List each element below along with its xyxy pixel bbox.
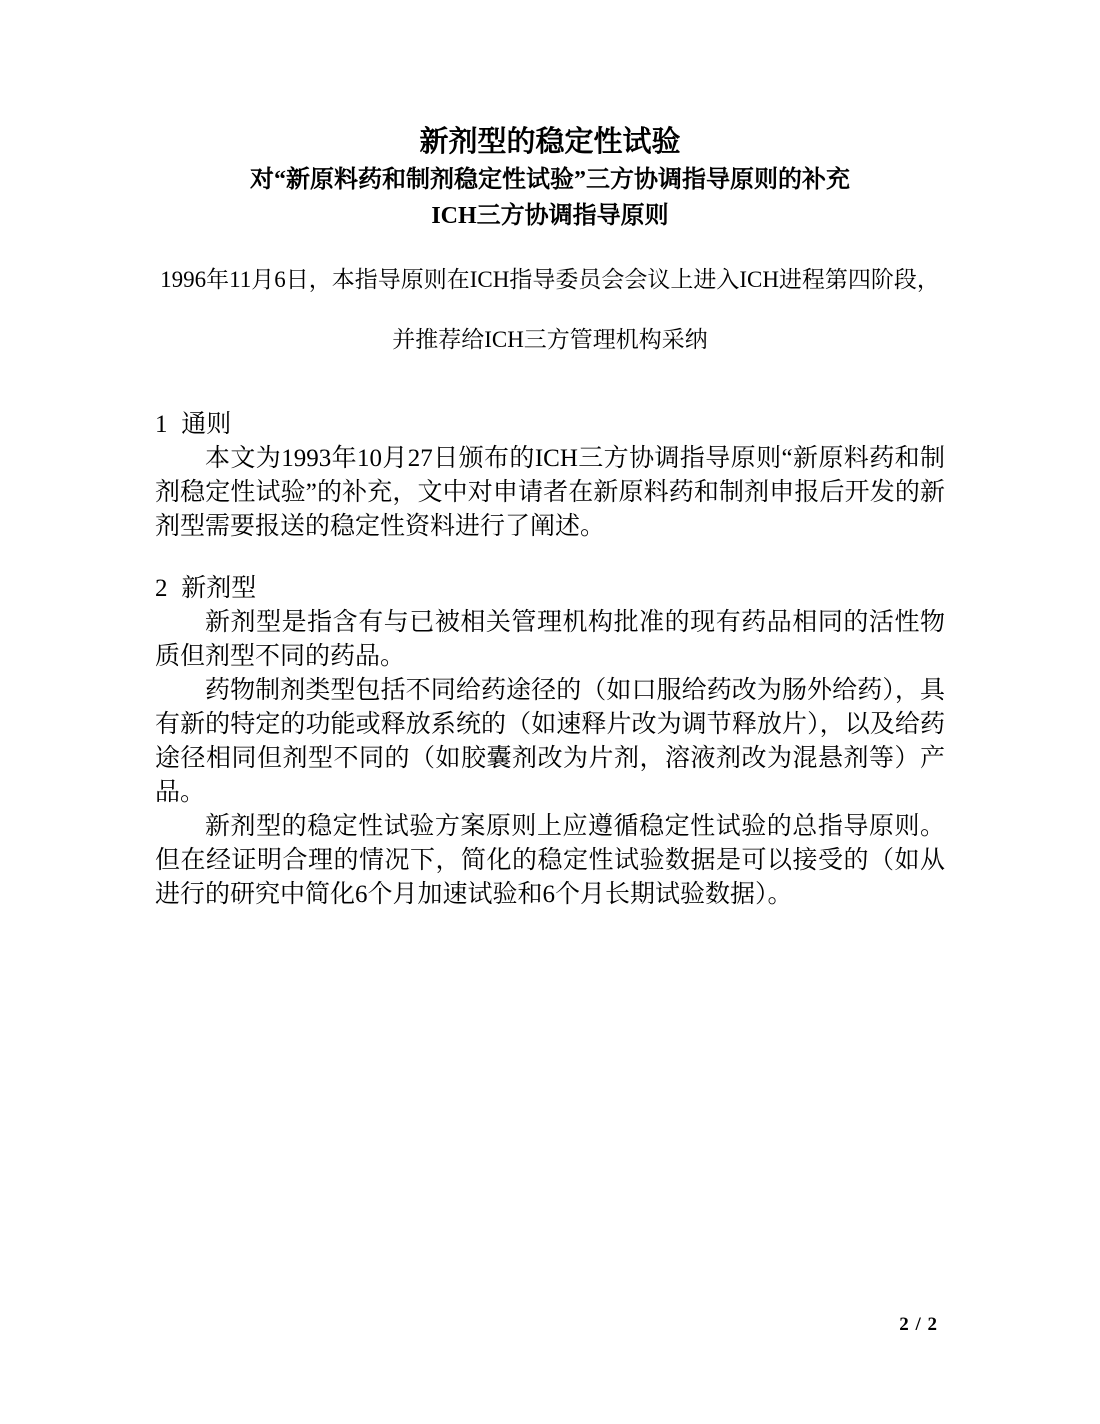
section-1-number: 1 <box>155 408 168 442</box>
section-1-title: 通则 <box>181 411 231 438</box>
adoption-note-line1: 1996年11月6日，本指导原则在ICH指导委员会会议上进入ICH进程第四阶段， <box>155 262 945 298</box>
section-2-title: 新剂型 <box>181 575 256 602</box>
document-title: 新剂型的稳定性试验 <box>155 122 945 162</box>
section-2-heading: 2新剂型 <box>155 572 945 606</box>
paragraph: 新剂型是指含有与已被相关管理机构批准的现有药品相同的活性物质但剂型不同的药品。 <box>155 606 945 674</box>
document-subtitle-ich: ICH三方协调指导原则 <box>155 198 945 234</box>
paragraph: 新剂型的稳定性试验方案原则上应遵循稳定性试验的总指导原则。但在经证明合理的情况下… <box>155 810 945 912</box>
section-2-number: 2 <box>155 572 168 606</box>
document-subtitle: 对“新原料药和制剂稳定性试验”三方协调指导原则的补充 <box>155 162 945 198</box>
document-page: 新剂型的稳定性试验 对“新原料药和制剂稳定性试验”三方协调指导原则的补充 ICH… <box>0 0 1100 1424</box>
section-1-heading: 1通则 <box>155 408 945 442</box>
page-number: 2 / 2 <box>899 1314 938 1336</box>
adoption-note-line2: 并推荐给ICH三方管理机构采纳 <box>155 322 945 358</box>
paragraph: 药物制剂类型包括不同给药途径的（如口服给药改为肠外给药），具有新的特定的功能或释… <box>155 674 945 810</box>
paragraph: 本文为1993年10月27日颁布的ICH三方协调指导原则“新原料药和制剂稳定性试… <box>155 442 945 544</box>
